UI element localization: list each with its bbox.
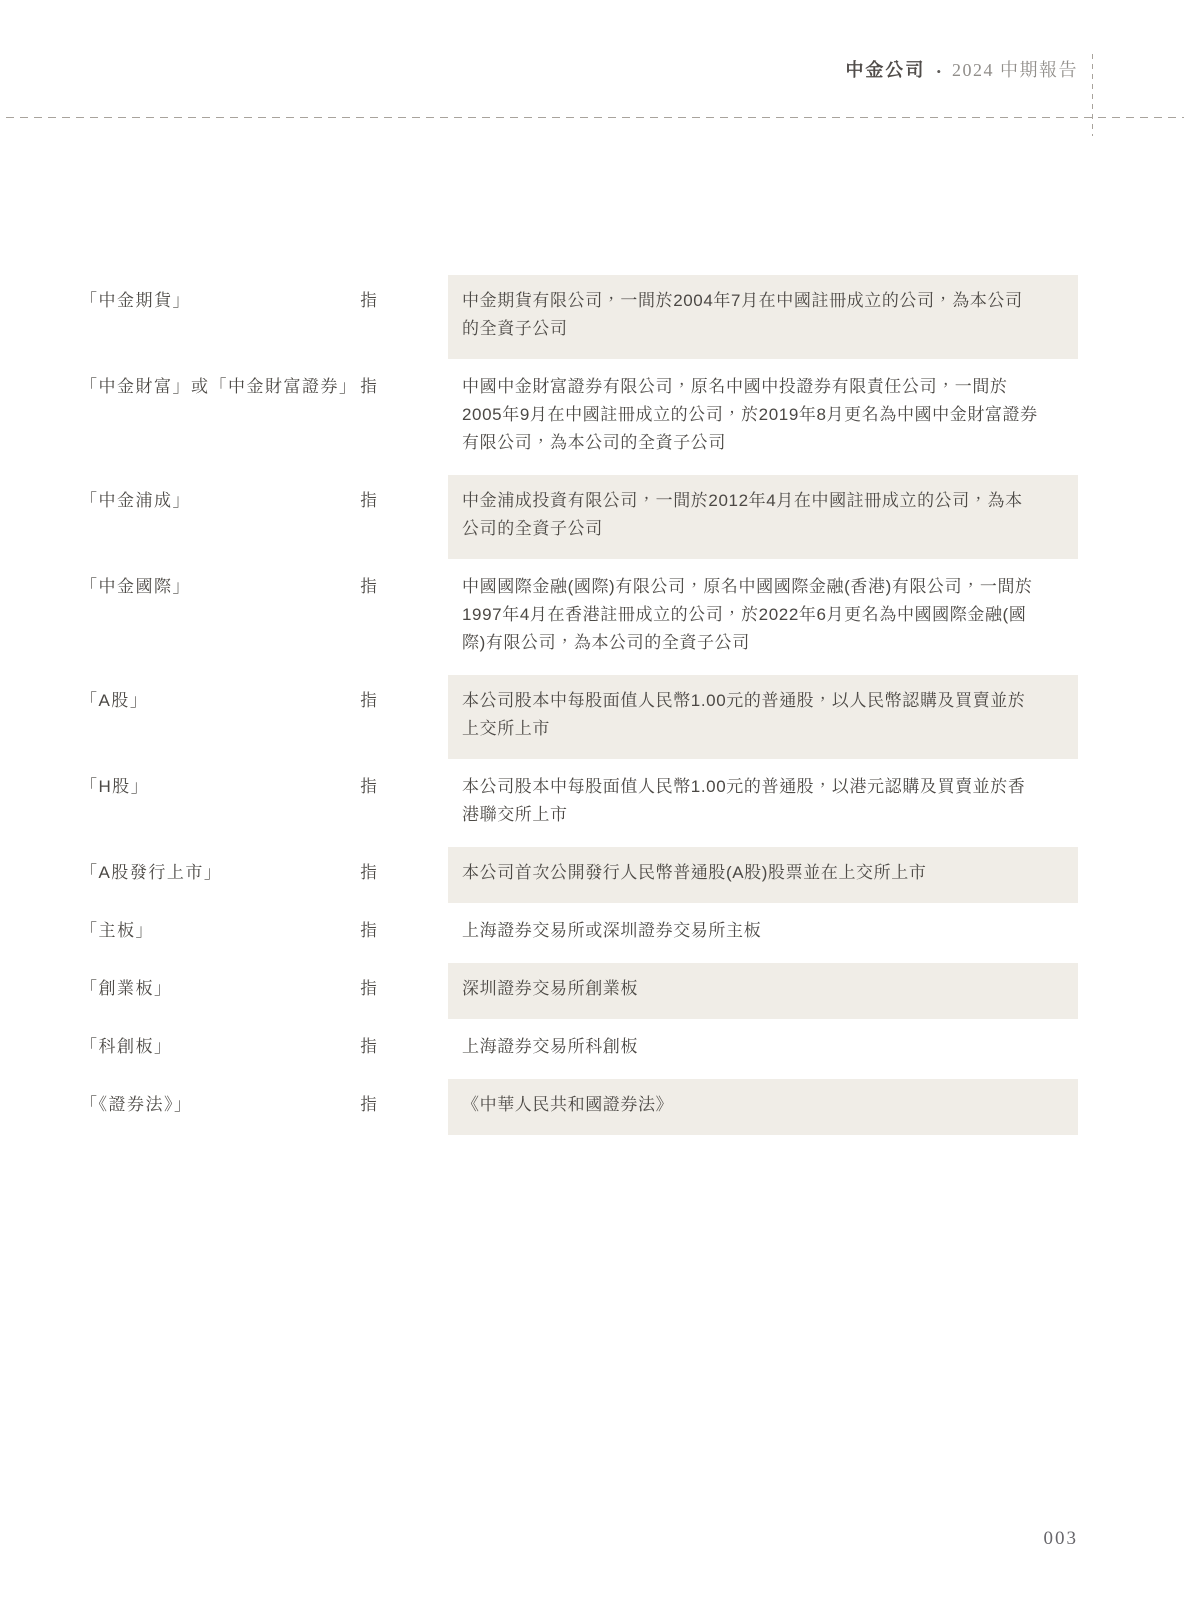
term-label: 「A股發行上市」 bbox=[80, 847, 360, 903]
definition-row: 「H股」 指 本公司股本中每股面值人民幣1.00元的普通股，以港元認購及買賣並於… bbox=[80, 761, 1078, 845]
connector-label: 指 bbox=[360, 963, 448, 1019]
term-label: 「主板」 bbox=[80, 905, 360, 961]
company-name: 中金公司 bbox=[845, 61, 925, 79]
definition-row: 「主板」 指 上海證券交易所或深圳證券交易所主板 bbox=[80, 905, 1078, 961]
bullet-icon: • bbox=[936, 65, 941, 78]
definition-text: 中金浦成投資有限公司，一間於2012年4月在中國註冊成立的公司，為本公司的全資子… bbox=[448, 475, 1078, 559]
definition-text: 上海證券交易所科創板 bbox=[448, 1021, 1078, 1077]
definition-text: 深圳證券交易所創業板 bbox=[448, 963, 1078, 1019]
page-number: 003 bbox=[1044, 1528, 1079, 1549]
definition-text: 本公司首次公開發行人民幣普通股(A股)股票並在上交所上市 bbox=[448, 847, 1078, 903]
connector-label: 指 bbox=[360, 475, 448, 559]
page-footer: 003 bbox=[1044, 1528, 1079, 1550]
term-label: 「A股」 bbox=[80, 675, 360, 759]
definition-row: 「中金期貨」 指 中金期貨有限公司，一間於2004年7月在中國註冊成立的公司，為… bbox=[80, 275, 1078, 359]
term-label: 「中金期貨」 bbox=[80, 275, 360, 359]
definition-row: 「《證券法》」 指 《中華人民共和國證券法》 bbox=[80, 1079, 1078, 1135]
connector-label: 指 bbox=[360, 1079, 448, 1135]
definition-text: 《中華人民共和國證券法》 bbox=[448, 1079, 1078, 1135]
connector-label: 指 bbox=[360, 847, 448, 903]
definition-text: 本公司股本中每股面值人民幣1.00元的普通股，以人民幣認購及買賣並於上交所上市 bbox=[448, 675, 1078, 759]
term-label: 「《證券法》」 bbox=[80, 1079, 360, 1135]
header-dashed-rule bbox=[6, 117, 1184, 118]
connector-label: 指 bbox=[360, 275, 448, 359]
term-label: 「科創板」 bbox=[80, 1021, 360, 1077]
connector-label: 指 bbox=[360, 905, 448, 961]
definition-row: 「中金國際」 指 中國國際金融(國際)有限公司，原名中國國際金融(香港)有限公司… bbox=[80, 561, 1078, 673]
term-label: 「中金浦成」 bbox=[80, 475, 360, 559]
term-label: 「中金國際」 bbox=[80, 561, 360, 673]
report-title: 2024 中期報告 bbox=[952, 61, 1078, 79]
term-label: 「創業板」 bbox=[80, 963, 360, 1019]
definition-row: 「創業板」 指 深圳證券交易所創業板 bbox=[80, 963, 1078, 1019]
definition-text: 中國中金財富證券有限公司，原名中國中投證券有限責任公司，一間於2005年9月在中… bbox=[448, 361, 1078, 473]
definition-text: 上海證券交易所或深圳證券交易所主板 bbox=[448, 905, 1078, 961]
definition-text: 本公司股本中每股面值人民幣1.00元的普通股，以港元認購及買賣並於香港聯交所上市 bbox=[448, 761, 1078, 845]
connector-label: 指 bbox=[360, 761, 448, 845]
connector-label: 指 bbox=[360, 561, 448, 673]
connector-label: 指 bbox=[360, 361, 448, 473]
definition-text: 中金期貨有限公司，一間於2004年7月在中國註冊成立的公司，為本公司的全資子公司 bbox=[448, 275, 1078, 359]
term-label: 「中金財富」或「中金財富證券」 bbox=[80, 361, 360, 473]
definition-row: 「A股發行上市」 指 本公司首次公開發行人民幣普通股(A股)股票並在上交所上市 bbox=[80, 847, 1078, 903]
definition-row: 「科創板」 指 上海證券交易所科創板 bbox=[80, 1021, 1078, 1077]
page-header: 中金公司 • 2024 中期報告 bbox=[845, 61, 1078, 79]
glossary-list: 「中金期貨」 指 中金期貨有限公司，一間於2004年7月在中國註冊成立的公司，為… bbox=[80, 275, 1078, 1137]
report-page: 中金公司 • 2024 中期報告 「中金期貨」 指 中金期貨有限公司，一間於20… bbox=[0, 0, 1190, 1615]
connector-label: 指 bbox=[360, 675, 448, 759]
definition-row: 「中金財富」或「中金財富證券」 指 中國中金財富證券有限公司，原名中國中投證券有… bbox=[80, 361, 1078, 473]
definition-row: 「中金浦成」 指 中金浦成投資有限公司，一間於2012年4月在中國註冊成立的公司… bbox=[80, 475, 1078, 559]
connector-label: 指 bbox=[360, 1021, 448, 1077]
definition-row: 「A股」 指 本公司股本中每股面值人民幣1.00元的普通股，以人民幣認購及買賣並… bbox=[80, 675, 1078, 759]
term-label: 「H股」 bbox=[80, 761, 360, 845]
header-vertical-dashed-rule bbox=[1092, 54, 1093, 136]
definition-text: 中國國際金融(國際)有限公司，原名中國國際金融(香港)有限公司，一間於1997年… bbox=[448, 561, 1078, 673]
